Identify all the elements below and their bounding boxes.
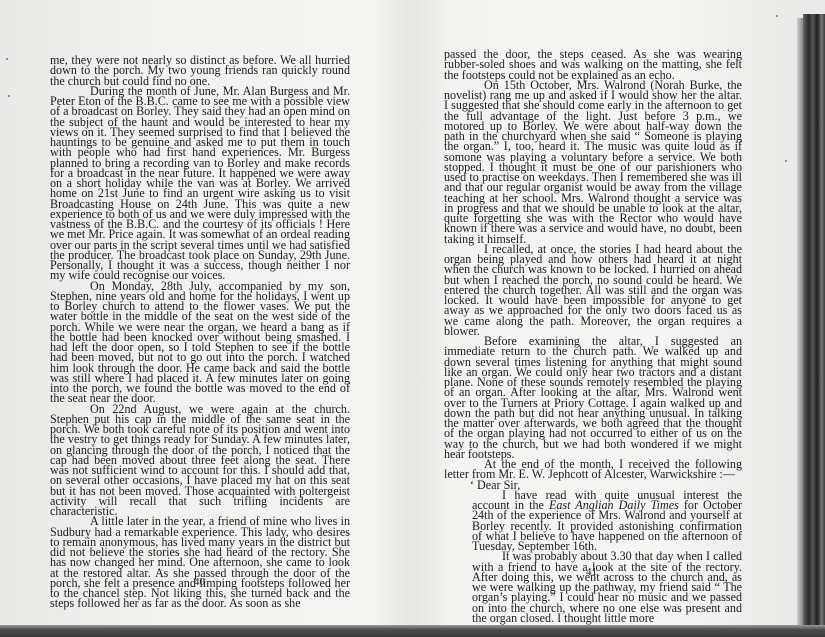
bottom-shadow [0,625,825,637]
paragraph: I recalled, at once, the stories I had h… [444,244,742,336]
right-page-text: passed the door, the steps ceased. As sh… [444,49,742,623]
book-spread: me, they were not nearly so distinct as … [0,0,825,637]
paragraph: At the end of the month, I received the … [444,459,742,480]
book-binding [803,14,825,637]
letter-paragraph: I have read with quite unusual interest … [444,490,742,552]
letter-paragraph: It was probably about 3.30 that day when… [444,551,742,623]
paragraph: On Monday, 28th July, accompanied by my … [50,281,350,404]
paragraph: A little later in the year, a friend of … [50,516,350,608]
paragraph: On 22nd August, we were again at the chu… [50,404,350,517]
paragraph: Before examining the altar, I suggested … [444,336,742,459]
paper-speck [785,160,787,162]
paper-speck [6,58,8,60]
page-number: 40 [194,576,205,588]
paper-speck [776,15,778,17]
paragraph: On 15th October, Mrs. Walrond (Norah Bur… [444,80,742,244]
paper-speck [8,95,10,97]
left-page-text: me, they were not nearly so distinct as … [50,55,350,609]
paragraph: During the month of June, Mr. Alan Burge… [50,86,350,281]
paragraph: me, they were not nearly so distinct as … [50,55,350,86]
paragraph: passed the door, the steps ceased. As sh… [444,49,742,80]
page-number: 41 [586,566,597,578]
